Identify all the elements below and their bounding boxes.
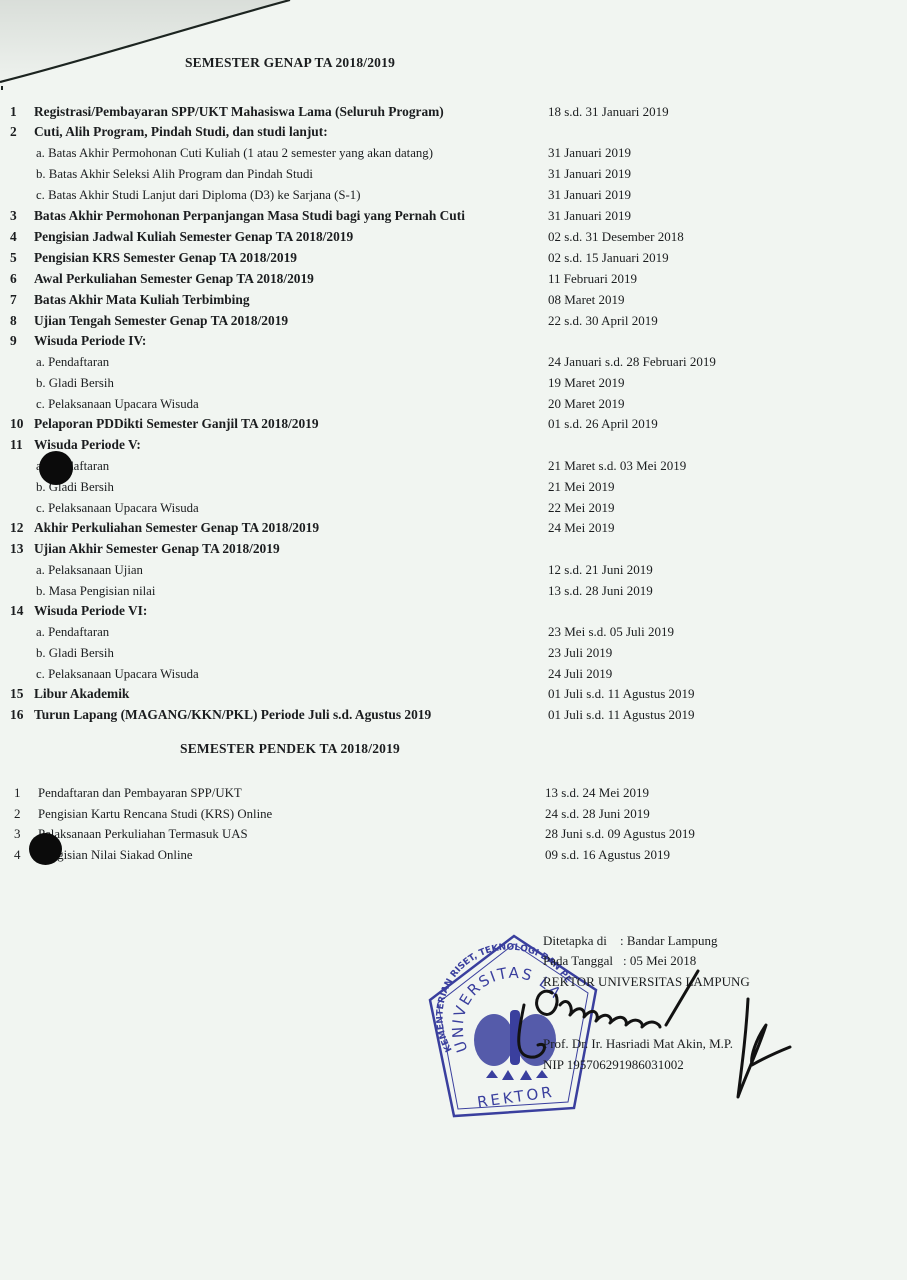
schedule-row: a. Pendaftaran24 Januari s.d. 28 Februar… xyxy=(0,352,907,372)
row-activity: c. Batas Akhir Studi Lanjut dari Diploma… xyxy=(36,185,360,205)
row-number: 12 xyxy=(10,518,32,538)
signatory-name: Prof. Dr. Ir. Hasriadi Mat Akin, M.P. xyxy=(543,1036,733,1052)
schedule-row: c. Pelaksanaan Upacara Wisuda22 Mei 2019 xyxy=(0,498,907,518)
row-activity: Awal Perkuliahan Semester Genap TA 2018/… xyxy=(34,269,314,289)
schedule-row: c. Pelaksanaan Upacara Wisuda20 Maret 20… xyxy=(0,394,907,414)
schedule-row: 6Awal Perkuliahan Semester Genap TA 2018… xyxy=(0,269,907,289)
redaction-mark xyxy=(39,451,73,485)
row-activity: Akhir Perkuliahan Semester Genap TA 2018… xyxy=(34,518,319,538)
row-date: 20 Maret 2019 xyxy=(548,394,625,414)
row-date: 24 Juli 2019 xyxy=(548,664,612,684)
schedule-row: 3Pelaksanaan Perkuliahan Termasuk UAS28 … xyxy=(0,824,907,844)
schedule-row: 14Wisuda Periode VI: xyxy=(0,601,907,621)
row-number: 7 xyxy=(10,290,32,310)
row-date: 09 s.d. 16 Agustus 2019 xyxy=(545,845,670,865)
row-date: 31 Januari 2019 xyxy=(548,185,631,205)
row-date: 23 Juli 2019 xyxy=(548,643,612,663)
schedule-row: 15Libur Akademik01 Juli s.d. 11 Agustus … xyxy=(0,684,907,704)
row-number: 6 xyxy=(10,269,32,289)
section-title-genap: SEMESTER GENAP TA 2018/2019 xyxy=(0,55,580,71)
row-date: 31 Januari 2019 xyxy=(548,206,631,226)
row-activity: a. Pelaksanaan Ujian xyxy=(36,560,143,580)
row-activity: a. Batas Akhir Permohonan Cuti Kuliah (1… xyxy=(36,143,433,163)
row-activity: Pengisian KRS Semester Genap TA 2018/201… xyxy=(34,248,297,268)
date-value: : 05 Mei 2018 xyxy=(623,953,696,969)
schedule-row: 2Cuti, Alih Program, Pindah Studi, dan s… xyxy=(0,122,907,142)
row-activity: Cuti, Alih Program, Pindah Studi, dan st… xyxy=(34,122,328,142)
schedule-row: a. Pendaftaran23 Mei s.d. 05 Juli 2019 xyxy=(0,622,907,642)
row-number: 2 xyxy=(14,804,36,824)
row-number: 4 xyxy=(10,227,32,247)
svg-text:REKTOR: REKTOR xyxy=(476,1083,556,1112)
row-date: 08 Maret 2019 xyxy=(548,290,625,310)
row-activity: Libur Akademik xyxy=(34,684,129,704)
row-activity: Pelaporan PDDikti Semester Ganjil TA 201… xyxy=(34,414,319,434)
signatory-nip: NIP 195706291986031002 xyxy=(543,1057,684,1073)
row-activity: Pendaftaran dan Pembayaran SPP/UKT xyxy=(38,783,242,803)
schedule-row: 2Pengisian Kartu Rencana Studi (KRS) Onl… xyxy=(0,804,907,824)
row-date: 01 Juli s.d. 11 Agustus 2019 xyxy=(548,705,695,725)
row-date: 01 s.d. 26 April 2019 xyxy=(548,414,658,434)
row-activity: Ujian Tengah Semester Genap TA 2018/2019 xyxy=(34,311,288,331)
row-number: 2 xyxy=(10,122,32,142)
row-date: 24 Mei 2019 xyxy=(548,518,614,538)
row-activity: Batas Akhir Permohonan Perpanjangan Masa… xyxy=(34,206,465,226)
row-date: 01 Juli s.d. 11 Agustus 2019 xyxy=(548,684,695,704)
row-activity: b. Masa Pengisian nilai xyxy=(36,581,155,601)
schedule-row: 5Pengisian KRS Semester Genap TA 2018/20… xyxy=(0,248,907,268)
row-number: 10 xyxy=(10,414,32,434)
schedule-row: b. Masa Pengisian nilai13 s.d. 28 Juni 2… xyxy=(0,581,907,601)
row-activity: Pengisian Jadwal Kuliah Semester Genap T… xyxy=(34,227,353,247)
row-activity: Pengisian Kartu Rencana Studi (KRS) Onli… xyxy=(38,804,272,824)
office-title: REKTOR UNIVERSITAS LAMPUNG xyxy=(543,974,750,990)
row-date: 31 Januari 2019 xyxy=(548,143,631,163)
row-date: 02 s.d. 31 Desember 2018 xyxy=(548,227,684,247)
row-date: 13 s.d. 24 Mei 2019 xyxy=(545,783,649,803)
schedule-row: 11Wisuda Periode V: xyxy=(0,435,907,455)
row-number: 15 xyxy=(10,684,32,704)
row-date: 13 s.d. 28 Juni 2019 xyxy=(548,581,653,601)
row-date: 21 Mei 2019 xyxy=(548,477,614,497)
schedule-row: 3Batas Akhir Permohonan Perpanjangan Mas… xyxy=(0,206,907,226)
row-date: 24 s.d. 28 Juni 2019 xyxy=(545,804,650,824)
row-activity: a. Pendaftaran xyxy=(36,352,109,372)
schedule-row: 1Pendaftaran dan Pembayaran SPP/UKT13 s.… xyxy=(0,783,907,803)
section-title-pendek: SEMESTER PENDEK TA 2018/2019 xyxy=(0,741,580,757)
schedule-row: 7Batas Akhir Mata Kuliah Terbimbing08 Ma… xyxy=(0,290,907,310)
schedule-row: b. Batas Akhir Seleksi Alih Program dan … xyxy=(0,164,907,184)
schedule-row: 10Pelaporan PDDikti Semester Ganjil TA 2… xyxy=(0,414,907,434)
row-activity: Batas Akhir Mata Kuliah Terbimbing xyxy=(34,290,250,310)
schedule-row: b. Gladi Bersih19 Maret 2019 xyxy=(0,373,907,393)
row-activity: a. Pendaftaran xyxy=(36,622,109,642)
schedule-row: 16Turun Lapang (MAGANG/KKN/PKL) Periode … xyxy=(0,705,907,725)
schedule-row: 4Pengisian Nilai Siakad Online09 s.d. 16… xyxy=(0,845,907,865)
row-activity: c. Pelaksanaan Upacara Wisuda xyxy=(36,394,199,414)
paper-fold-shadow xyxy=(0,0,907,90)
schedule-row: c. Batas Akhir Studi Lanjut dari Diploma… xyxy=(0,185,907,205)
schedule-row: 4Pengisian Jadwal Kuliah Semester Genap … xyxy=(0,227,907,247)
row-date: 21 Maret s.d. 03 Mei 2019 xyxy=(548,456,686,476)
row-date: 11 Februari 2019 xyxy=(548,269,637,289)
row-date: 12 s.d. 21 Juni 2019 xyxy=(548,560,653,580)
row-number: 5 xyxy=(10,248,32,268)
row-number: 14 xyxy=(10,601,32,621)
row-number: 3 xyxy=(10,206,32,226)
row-number: 9 xyxy=(10,331,32,351)
schedule-row: 13Ujian Akhir Semester Genap TA 2018/201… xyxy=(0,539,907,559)
row-date: 28 Juni s.d. 09 Agustus 2019 xyxy=(545,824,695,844)
row-date: 22 s.d. 30 April 2019 xyxy=(548,311,658,331)
row-date: 19 Maret 2019 xyxy=(548,373,625,393)
row-number: 13 xyxy=(10,539,32,559)
schedule-row: c. Pelaksanaan Upacara Wisuda24 Juli 201… xyxy=(0,664,907,684)
row-date: 22 Mei 2019 xyxy=(548,498,614,518)
schedule-row: a. Pendaftaran21 Maret s.d. 03 Mei 2019 xyxy=(0,456,907,476)
row-activity: Wisuda Periode IV: xyxy=(34,331,146,351)
row-number: 16 xyxy=(10,705,32,725)
place-label: Ditetapka di xyxy=(543,933,607,949)
row-number: 11 xyxy=(10,435,32,455)
row-date: 23 Mei s.d. 05 Juli 2019 xyxy=(548,622,674,642)
row-date: 02 s.d. 15 Januari 2019 xyxy=(548,248,669,268)
row-activity: b. Gladi Bersih xyxy=(36,643,114,663)
row-activity: b. Gladi Bersih xyxy=(36,373,114,393)
schedule-row: 1Registrasi/Pembayaran SPP/UKT Mahasiswa… xyxy=(0,102,907,122)
schedule-row: a. Batas Akhir Permohonan Cuti Kuliah (1… xyxy=(0,143,907,163)
row-activity: b. Batas Akhir Seleksi Alih Program dan … xyxy=(36,164,313,184)
place-value: : Bandar Lampung xyxy=(620,933,717,949)
redaction-mark xyxy=(29,833,62,865)
row-activity: Wisuda Periode VI: xyxy=(34,601,147,621)
row-activity: Pelaksanaan Perkuliahan Termasuk UAS xyxy=(38,824,248,844)
row-date: 31 Januari 2019 xyxy=(548,164,631,184)
row-number: 8 xyxy=(10,311,32,331)
date-label: Pada Tanggal xyxy=(543,953,613,969)
schedule-row: 8Ujian Tengah Semester Genap TA 2018/201… xyxy=(0,311,907,331)
schedule-row: b. Gladi Bersih23 Juli 2019 xyxy=(0,643,907,663)
row-activity: Ujian Akhir Semester Genap TA 2018/2019 xyxy=(34,539,280,559)
row-activity: c. Pelaksanaan Upacara Wisuda xyxy=(36,664,199,684)
row-number: 1 xyxy=(10,102,32,122)
schedule-row: 12Akhir Perkuliahan Semester Genap TA 20… xyxy=(0,518,907,538)
row-activity: Turun Lapang (MAGANG/KKN/PKL) Periode Ju… xyxy=(34,705,431,725)
row-activity: c. Pelaksanaan Upacara Wisuda xyxy=(36,498,199,518)
row-number: 1 xyxy=(14,783,36,803)
row-date: 24 Januari s.d. 28 Februari 2019 xyxy=(548,352,716,372)
row-date: 18 s.d. 31 Januari 2019 xyxy=(548,102,669,122)
row-activity: Registrasi/Pembayaran SPP/UKT Mahasiswa … xyxy=(34,102,444,122)
schedule-row: b. Gladi Bersih21 Mei 2019 xyxy=(0,477,907,497)
schedule-row: a. Pelaksanaan Ujian12 s.d. 21 Juni 2019 xyxy=(0,560,907,580)
schedule-row: 9Wisuda Periode IV: xyxy=(0,331,907,351)
